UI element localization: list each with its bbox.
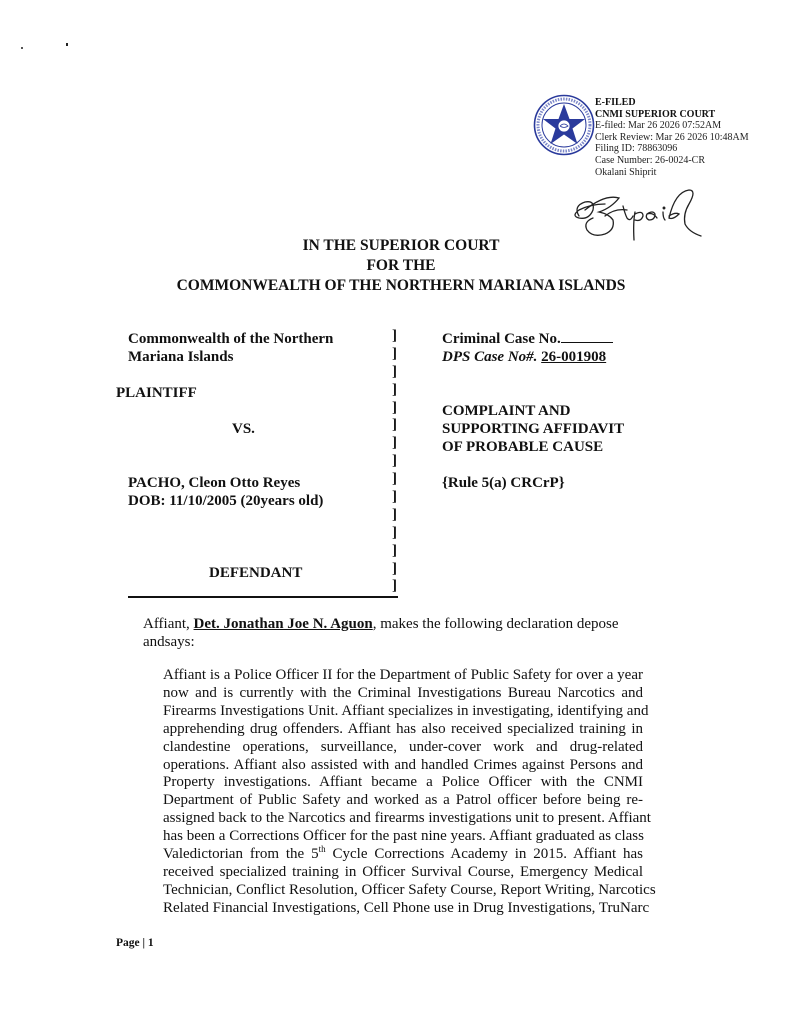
- affiant-intro-line1: Affiant, Det. Jonathan Joe N. Aguon, mak…: [143, 615, 643, 633]
- affiant-intro-line2: andsays:: [143, 633, 643, 651]
- scan-speck: [21, 47, 23, 49]
- intro-prefix: Affiant,: [143, 616, 194, 632]
- rule-citation: {Rule 5(a) CRCrP}: [442, 474, 565, 492]
- caption-bracket: ]: [392, 453, 404, 471]
- paragraph-line: operations. Affiant also assisted with a…: [163, 757, 643, 775]
- affiant-background-paragraph: Affiant is a Police Officer II for the D…: [163, 667, 643, 918]
- ordinal-superscript: th: [319, 844, 326, 854]
- document-title-line2: SUPPORTING AFFIDAVIT: [442, 420, 624, 438]
- caption-bracket: ]: [392, 364, 404, 382]
- affiant-intro: Affiant, Det. Jonathan Joe N. Aguon, mak…: [143, 615, 643, 651]
- paragraph-line: Technician, Conflict Resolution, Officer…: [163, 882, 643, 900]
- paragraph-line: now and is currently with the Criminal I…: [163, 685, 643, 703]
- caption-bracket: ]: [392, 346, 404, 364]
- efile-status: E-FILED: [595, 97, 749, 109]
- paragraph-line: Valedictorian from the 5th Cycle Correct…: [163, 846, 643, 864]
- paragraph-line: assigned back to the Narcotics and firea…: [163, 810, 643, 828]
- line-text: Cycle Corrections Academy in 2015. Affia…: [326, 846, 643, 862]
- caption-bracket: ]: [392, 328, 404, 346]
- efile-court: CNMI SUPERIOR COURT: [595, 109, 749, 121]
- plaintiff-name-line2: Mariana Islands: [128, 348, 233, 366]
- caption-bracket: ]: [392, 382, 404, 400]
- caption-bracket: ]: [392, 417, 404, 435]
- paragraph-line: Firearms Investigations Unit. Affiant sp…: [163, 703, 643, 721]
- document-title-line3: OF PROBABLE CAUSE: [442, 438, 603, 456]
- paragraph-line: apprehending drug offenders. Affiant has…: [163, 721, 643, 739]
- defendant-name: PACHO, Cleon Otto Reyes: [128, 474, 300, 492]
- caption-bracket-column: ]]]]]]]]]]]]]]]: [392, 328, 404, 596]
- caption-bracket: ]: [392, 578, 404, 596]
- paragraph-line: Property investigations. Affiant became …: [163, 774, 643, 792]
- defendant-label: DEFENDANT: [209, 564, 302, 582]
- paragraph-line: Related Financial Investigations, Cell P…: [163, 900, 643, 918]
- caption-bracket: ]: [392, 489, 404, 507]
- intro-suffix: , makes the following declaration depose: [373, 616, 619, 632]
- dps-case-value: 26-001908: [541, 349, 606, 365]
- court-heading-line1: IN THE SUPERIOR COURT: [0, 236, 794, 256]
- dps-case-number: DPS Case No#. 26-001908: [442, 348, 606, 366]
- caption-bracket: ]: [392, 507, 404, 525]
- scan-speck: [66, 43, 68, 46]
- efile-date: E-filed: Mar 26 2026 07:52AM: [595, 120, 749, 132]
- paragraph-line: Department of Public Safety and worked a…: [163, 792, 643, 810]
- page-number: Page | 1: [116, 937, 154, 949]
- plaintiff-label: PLAINTIFF: [116, 384, 197, 402]
- paragraph-line: received specialized training in Officer…: [163, 864, 643, 882]
- court-heading-line3: COMMONWEALTH OF THE NORTHERN MARIANA ISL…: [0, 276, 794, 296]
- caption-bracket: ]: [392, 435, 404, 453]
- criminal-case-number: Criminal Case No.: [442, 330, 613, 348]
- clerk-review-date: Clerk Review: Mar 26 2026 10:48AM: [595, 132, 749, 144]
- court-heading-line2: FOR THE: [0, 256, 794, 276]
- court-seal-icon: [533, 94, 595, 156]
- caption-bottom-rule: [128, 596, 398, 598]
- filing-id: Filing ID: 78863096: [595, 143, 749, 155]
- court-heading: IN THE SUPERIOR COURT FOR THE COMMONWEAL…: [0, 236, 794, 296]
- paragraph-line: has been a Corrections Officer for the p…: [163, 828, 643, 846]
- defendant-dob: DOB: 11/10/2005 (20years old): [128, 492, 323, 510]
- efile-stamp: E-FILED CNMI SUPERIOR COURT E-filed: Mar…: [595, 97, 749, 178]
- plaintiff-name-line1: Commonwealth of the Northern: [128, 330, 333, 348]
- document-title-line1: COMPLAINT AND: [442, 402, 570, 420]
- caption-bracket: ]: [392, 561, 404, 579]
- line-text: Valedictorian from the 5: [163, 846, 319, 862]
- caption-bracket: ]: [392, 400, 404, 418]
- criminal-case-blank: [561, 330, 613, 343]
- criminal-case-label: Criminal Case No.: [442, 331, 561, 347]
- stamp-case-number: Case Number: 26-0024-CR: [595, 155, 749, 167]
- paragraph-line: clandestine operations, surveillance, un…: [163, 739, 643, 757]
- versus-label: VS.: [232, 420, 255, 438]
- caption-bracket: ]: [392, 471, 404, 489]
- clerk-name: Okalani Shiprit: [595, 167, 749, 179]
- dps-case-label: DPS Case No#.: [442, 349, 537, 365]
- caption-bracket: ]: [392, 543, 404, 561]
- caption-bracket: ]: [392, 525, 404, 543]
- paragraph-line: Affiant is a Police Officer II for the D…: [163, 667, 643, 685]
- affiant-name: Det. Jonathan Joe N. Aguon: [194, 616, 373, 632]
